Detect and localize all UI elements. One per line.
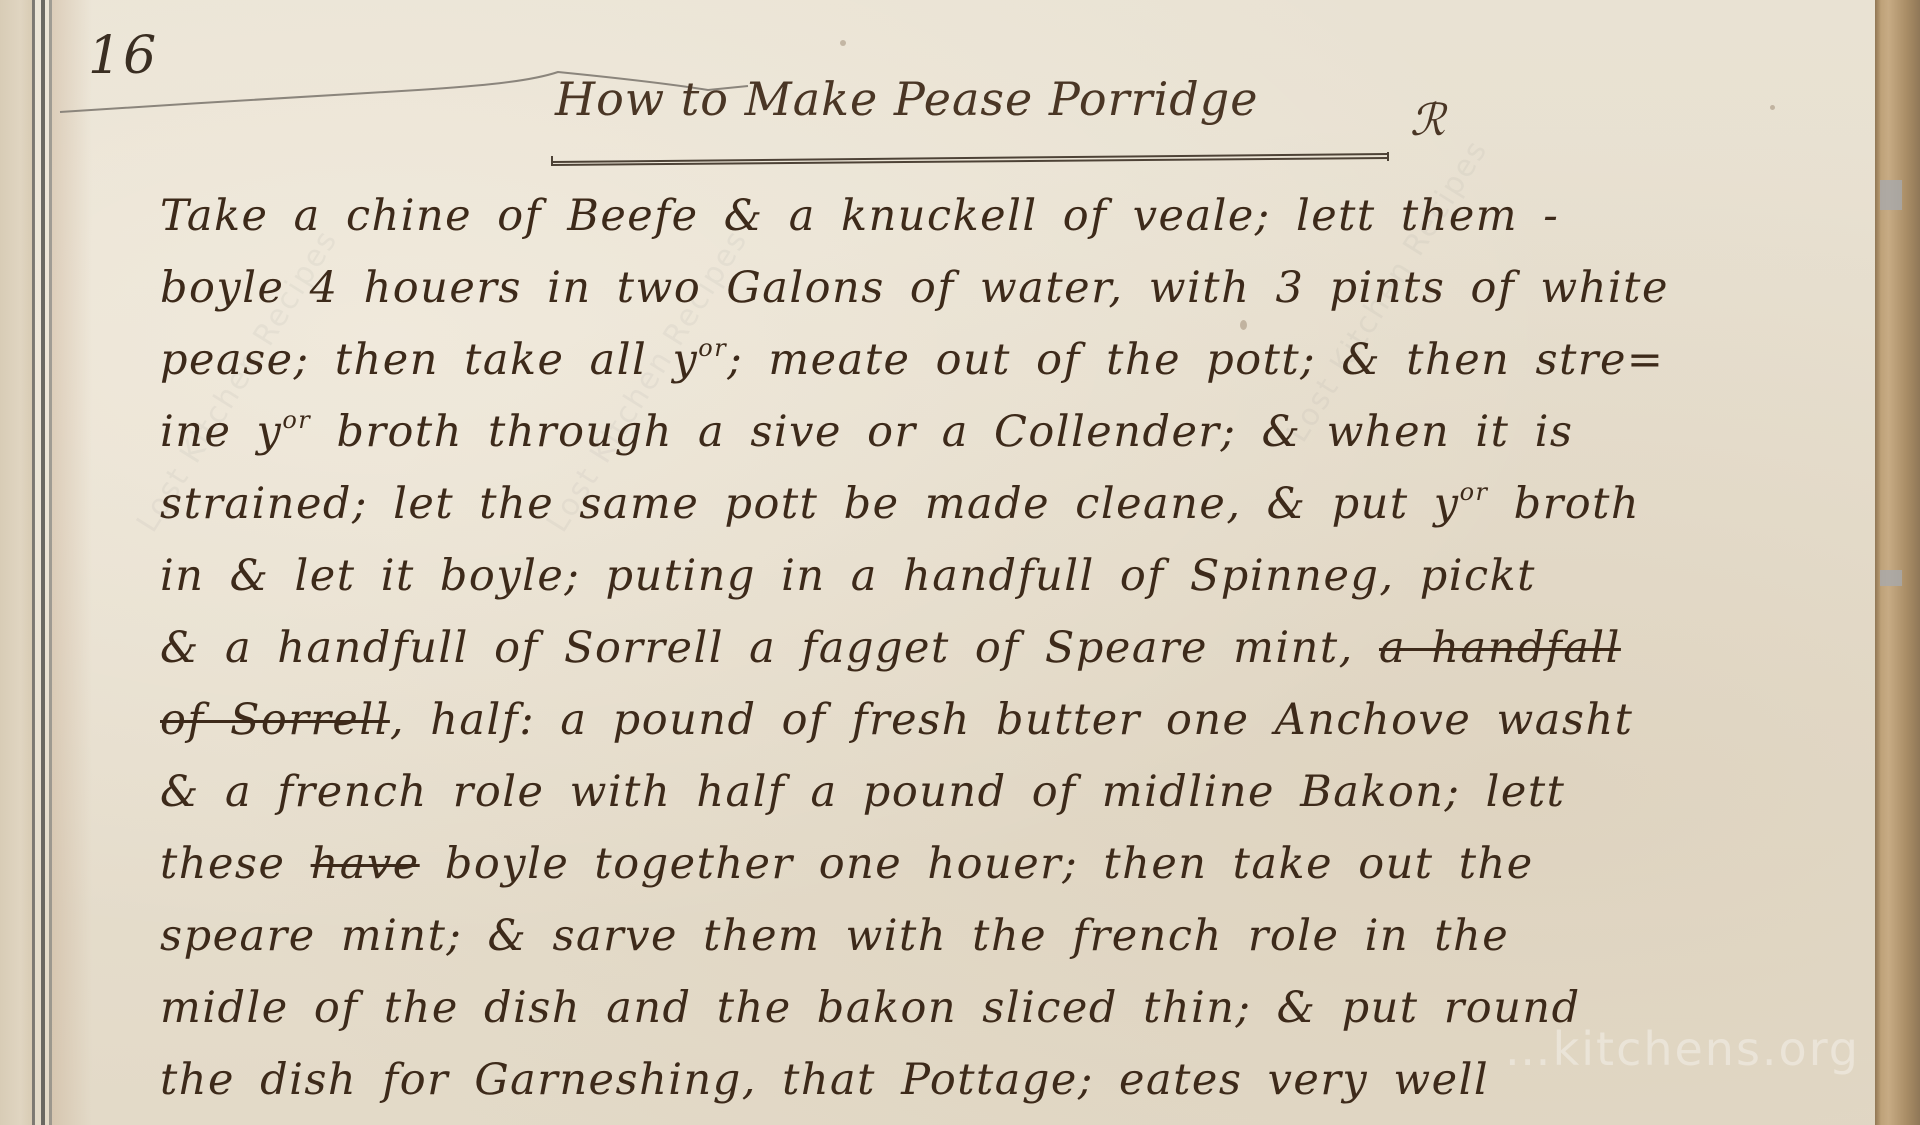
gutter-stain xyxy=(52,0,92,1125)
paper-speck xyxy=(1770,105,1775,110)
line-text: these xyxy=(160,839,311,889)
struck-text: have xyxy=(311,839,420,889)
page-number: 16 xyxy=(88,26,158,86)
line-text: strained; let the same pott be made clea… xyxy=(160,479,1460,529)
line-text: , half: a pound of fresh butter one Anch… xyxy=(390,695,1634,745)
manuscript-line: pease; then take all yor; meate out of t… xyxy=(160,324,1880,396)
manuscript-line: ine yor broth through a sive or a Collen… xyxy=(160,396,1880,468)
page-binding-edge xyxy=(1875,0,1920,1125)
superscript-abbrev: or xyxy=(282,406,311,434)
manuscript-line: & a handfull of Sorrell a fagget of Spea… xyxy=(160,612,1880,684)
superscript-abbrev: or xyxy=(698,334,727,362)
recipe-title: How to Make Pease Porridge xyxy=(555,72,1258,126)
line-text: pease; then take all y xyxy=(160,335,698,385)
line-text: Take a chine of Beefe & a knuckell of ve… xyxy=(160,191,1559,241)
line-text: & a handfull of Sorrell a fagget of Spea… xyxy=(160,623,1379,673)
line-text: broth through a sive or a Collender; & w… xyxy=(311,407,1573,457)
recipe-body: Take a chine of Beefe & a knuckell of ve… xyxy=(160,180,1880,1116)
line-text: boyle together one houer; then take out … xyxy=(420,839,1534,889)
line-text: boyle 4 houers in two Galons of water, w… xyxy=(160,263,1669,313)
paper-speck xyxy=(840,40,846,46)
page-tab xyxy=(1880,180,1902,210)
manuscript-scan: Lost Kitchen Recipes Lost Kitchen Recipe… xyxy=(0,0,1920,1125)
page-tab xyxy=(1880,570,1902,586)
manuscript-line: boyle 4 houers in two Galons of water, w… xyxy=(160,252,1880,324)
line-text: ; meate out of the pott; & then stre= xyxy=(727,335,1664,385)
manuscript-line: Take a chine of Beefe & a knuckell of ve… xyxy=(160,180,1880,252)
previous-page-edge xyxy=(0,0,34,1125)
manuscript-line: speare mint; & sarve them with the frenc… xyxy=(160,900,1880,972)
manuscript-line: strained; let the same pott be made clea… xyxy=(160,468,1880,540)
manuscript-line: in & let it boyle; puting in a handfull … xyxy=(160,540,1880,612)
manuscript-line: of Sorrell, half: a pound of fresh butte… xyxy=(160,684,1880,756)
line-text: in & let it boyle; puting in a handfull … xyxy=(160,551,1536,601)
margin-rule xyxy=(32,0,35,1125)
manuscript-line: & a french role with half a pound of mid… xyxy=(160,756,1880,828)
watermark: …kitchens.org xyxy=(1505,1022,1860,1076)
margin-rule xyxy=(41,0,45,1125)
line-text: ine y xyxy=(160,407,282,457)
line-text: midle of the dish and the bakon sliced t… xyxy=(160,983,1581,1033)
struck-text: a handfall xyxy=(1379,623,1621,673)
superscript-abbrev: or xyxy=(1460,478,1489,506)
manuscript-line: these have boyle together one houer; the… xyxy=(160,828,1880,900)
recipe-flourish-mark: ℛ xyxy=(1410,95,1445,146)
title-double-underline xyxy=(548,152,1393,166)
line-text: speare mint; & sarve them with the frenc… xyxy=(160,911,1509,961)
line-text: broth xyxy=(1489,479,1641,529)
line-text: & a french role with half a pound of mid… xyxy=(160,767,1565,817)
struck-text: of Sorrell xyxy=(160,695,390,745)
line-text: the dish for Garneshing, that Pottage; e… xyxy=(160,1055,1489,1105)
